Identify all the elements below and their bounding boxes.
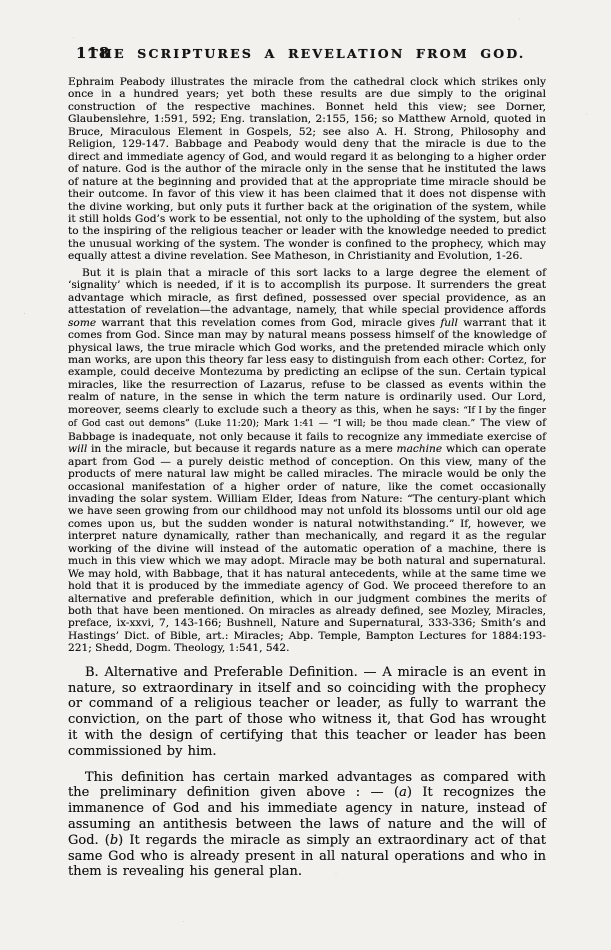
text-segment: ) It regards the miracle as simply an ex… [68, 833, 546, 880]
body-paragraph-advantages: This definition has certain marked advan… [68, 770, 546, 881]
small-print-paragraph-signality: But it is plain that a miracle of this s… [68, 267, 546, 655]
text-block: Ephraim Peabody illustrates the miracle … [68, 76, 546, 880]
page-header: 118 THE SCRIPTURES A REVELATION FROM GOD… [68, 44, 546, 64]
text-segment: B. Alternative and Preferable Definition… [68, 665, 546, 759]
italic-text-segment: some [68, 317, 96, 329]
text-segment: But it is plain that a miracle of this s… [68, 267, 546, 316]
text-segment: Ephraim Peabody illustrates the miracle … [68, 76, 546, 262]
italic-text-segment: will [68, 443, 87, 455]
italic-text-segment: a [399, 785, 407, 800]
small-print-paragraph-peabody: Ephraim Peabody illustrates the miracle … [68, 76, 546, 263]
running-title: THE SCRIPTURES A REVELATION FROM GOD. [68, 44, 546, 61]
italic-text-segment: machine [397, 443, 443, 455]
text-segment: in the miracle, but because it regards n… [87, 443, 396, 455]
italic-text-segment: full [440, 317, 458, 329]
page-number: 118 [76, 44, 110, 62]
text-segment: warrant that it comes from God. Since ma… [68, 317, 546, 416]
body-paragraph-alternative-definition: B. Alternative and Preferable Definition… [68, 665, 546, 760]
book-page: 118 THE SCRIPTURES A REVELATION FROM GOD… [0, 0, 611, 950]
italic-text-segment: b [110, 833, 118, 848]
text-segment: which can operate apart from God — a pur… [68, 443, 546, 654]
text-segment: warrant that this revelation comes from … [96, 317, 440, 329]
